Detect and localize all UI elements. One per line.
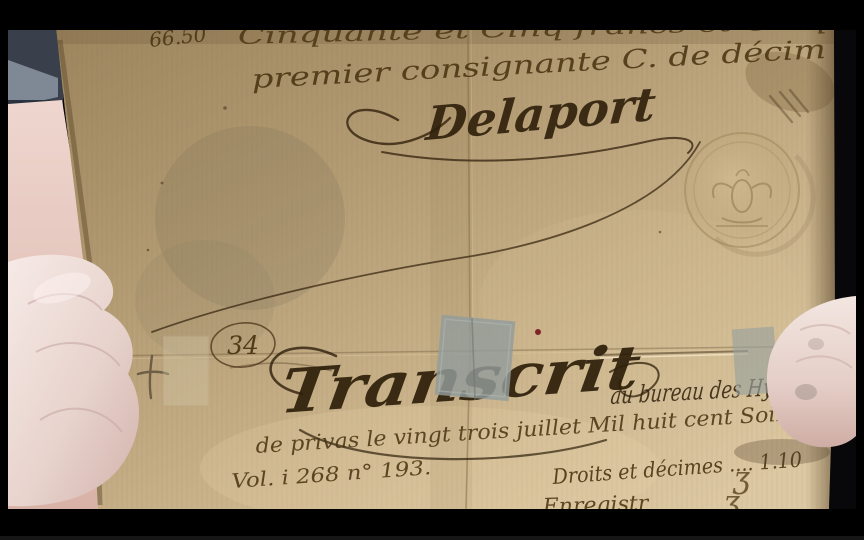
letterbox-bar-left bbox=[0, 0, 8, 540]
red-wax-dot bbox=[535, 329, 541, 335]
document-page: 66.50 Cinquante et Cinq francs et Cinq p… bbox=[56, 9, 842, 530]
letterbox-bar-bottom bbox=[0, 509, 864, 540]
player-bottom-strip bbox=[0, 536, 864, 540]
folio-number-text: 34 bbox=[227, 331, 259, 360]
glove-smudge-2 bbox=[808, 338, 824, 350]
letterbox-bar-right bbox=[856, 0, 864, 540]
scene-canvas: 66.50 Cinquante et Cinq francs et Cinq p… bbox=[0, 0, 864, 540]
letterbox-bar-top bbox=[0, 0, 864, 30]
glove-smudge bbox=[795, 384, 817, 400]
tape-patch-left bbox=[163, 336, 209, 406]
video-frame: 66.50 Cinquante et Cinq francs et Cinq p… bbox=[0, 0, 864, 540]
